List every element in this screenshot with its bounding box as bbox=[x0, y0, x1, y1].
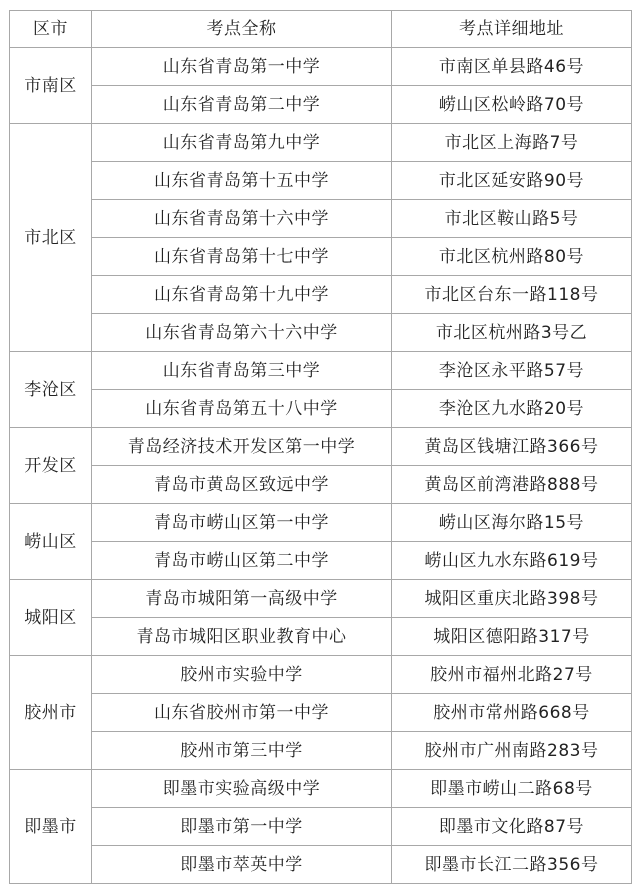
table-row: 开发区 青岛经济技术开发区第一中学 黄岛区钱塘江路366号 bbox=[10, 428, 632, 466]
table-row: 山东省青岛第二中学 崂山区松岭路70号 bbox=[10, 86, 632, 124]
table-row: 山东省青岛第五十八中学 李沧区九水路20号 bbox=[10, 390, 632, 428]
site-name-cell: 青岛市城阳区职业教育中心 bbox=[92, 618, 392, 656]
district-cell: 市南区 bbox=[10, 48, 92, 124]
table-row: 山东省青岛第十七中学 市北区杭州路80号 bbox=[10, 238, 632, 276]
site-name-cell: 山东省青岛第十五中学 bbox=[92, 162, 392, 200]
site-address-cell: 即墨市长江二路356号 bbox=[392, 846, 632, 884]
table-row: 山东省青岛第十五中学 市北区延安路90号 bbox=[10, 162, 632, 200]
table-row: 胶州市第三中学 胶州市广州南路283号 bbox=[10, 732, 632, 770]
site-address-cell: 胶州市广州南路283号 bbox=[392, 732, 632, 770]
site-address-cell: 崂山区松岭路70号 bbox=[392, 86, 632, 124]
site-name-cell: 青岛市崂山区第二中学 bbox=[92, 542, 392, 580]
site-name-cell: 即墨市第一中学 bbox=[92, 808, 392, 846]
table-row: 青岛市崂山区第二中学 崂山区九水东路619号 bbox=[10, 542, 632, 580]
site-name-cell: 青岛市崂山区第一中学 bbox=[92, 504, 392, 542]
site-name-cell: 山东省青岛第二中学 bbox=[92, 86, 392, 124]
table-row: 市南区 山东省青岛第一中学 市南区单县路46号 bbox=[10, 48, 632, 86]
header-row: 区市 考点全称 考点详细地址 bbox=[10, 11, 632, 48]
site-address-cell: 城阳区德阳路317号 bbox=[392, 618, 632, 656]
table-row: 山东省青岛第六十六中学 市北区杭州路3号乙 bbox=[10, 314, 632, 352]
header-site-name: 考点全称 bbox=[92, 11, 392, 48]
header-site-address: 考点详细地址 bbox=[392, 11, 632, 48]
site-name-cell: 山东省青岛第十六中学 bbox=[92, 200, 392, 238]
site-name-cell: 青岛经济技术开发区第一中学 bbox=[92, 428, 392, 466]
district-cell: 李沧区 bbox=[10, 352, 92, 428]
site-name-cell: 青岛市城阳第一高级中学 bbox=[92, 580, 392, 618]
site-address-cell: 李沧区永平路57号 bbox=[392, 352, 632, 390]
site-address-cell: 市北区杭州路3号乙 bbox=[392, 314, 632, 352]
site-name-cell: 山东省青岛第一中学 bbox=[92, 48, 392, 86]
district-cell: 城阳区 bbox=[10, 580, 92, 656]
site-address-cell: 李沧区九水路20号 bbox=[392, 390, 632, 428]
site-name-cell: 山东省青岛第十七中学 bbox=[92, 238, 392, 276]
table-row: 城阳区 青岛市城阳第一高级中学 城阳区重庆北路398号 bbox=[10, 580, 632, 618]
table-row: 即墨市萃英中学 即墨市长江二路356号 bbox=[10, 846, 632, 884]
site-address-cell: 市北区鞍山路5号 bbox=[392, 200, 632, 238]
site-address-cell: 黄岛区前湾港路888号 bbox=[392, 466, 632, 504]
site-address-cell: 市南区单县路46号 bbox=[392, 48, 632, 86]
table-row: 崂山区 青岛市崂山区第一中学 崂山区海尔路15号 bbox=[10, 504, 632, 542]
site-address-cell: 市北区延安路90号 bbox=[392, 162, 632, 200]
site-name-cell: 胶州市第三中学 bbox=[92, 732, 392, 770]
table-row: 胶州市 胶州市实验中学 胶州市福州北路27号 bbox=[10, 656, 632, 694]
site-name-cell: 山东省青岛第五十八中学 bbox=[92, 390, 392, 428]
table-body: 市南区 山东省青岛第一中学 市南区单县路46号 山东省青岛第二中学 崂山区松岭路… bbox=[10, 48, 632, 884]
table-header: 区市 考点全称 考点详细地址 bbox=[10, 11, 632, 48]
district-cell: 市北区 bbox=[10, 124, 92, 352]
site-address-cell: 城阳区重庆北路398号 bbox=[392, 580, 632, 618]
site-address-cell: 崂山区九水东路619号 bbox=[392, 542, 632, 580]
table-row: 即墨市第一中学 即墨市文化路87号 bbox=[10, 808, 632, 846]
site-address-cell: 市北区台东一路118号 bbox=[392, 276, 632, 314]
table-row: 青岛市城阳区职业教育中心 城阳区德阳路317号 bbox=[10, 618, 632, 656]
district-cell: 即墨市 bbox=[10, 770, 92, 884]
table-row: 山东省胶州市第一中学 胶州市常州路668号 bbox=[10, 694, 632, 732]
site-address-cell: 胶州市常州路668号 bbox=[392, 694, 632, 732]
site-name-cell: 即墨市实验高级中学 bbox=[92, 770, 392, 808]
site-name-cell: 山东省青岛第六十六中学 bbox=[92, 314, 392, 352]
site-name-cell: 胶州市实验中学 bbox=[92, 656, 392, 694]
site-address-cell: 胶州市福州北路27号 bbox=[392, 656, 632, 694]
site-name-cell: 山东省青岛第三中学 bbox=[92, 352, 392, 390]
site-name-cell: 山东省青岛第九中学 bbox=[92, 124, 392, 162]
table-row: 山东省青岛第十六中学 市北区鞍山路5号 bbox=[10, 200, 632, 238]
district-cell: 开发区 bbox=[10, 428, 92, 504]
exam-site-table: 区市 考点全称 考点详细地址 市南区 山东省青岛第一中学 市南区单县路46号 山… bbox=[9, 10, 632, 884]
site-address-cell: 即墨市崂山二路68号 bbox=[392, 770, 632, 808]
site-address-cell: 黄岛区钱塘江路366号 bbox=[392, 428, 632, 466]
header-district: 区市 bbox=[10, 11, 92, 48]
table-row: 即墨市 即墨市实验高级中学 即墨市崂山二路68号 bbox=[10, 770, 632, 808]
table-row: 山东省青岛第十九中学 市北区台东一路118号 bbox=[10, 276, 632, 314]
site-address-cell: 即墨市文化路87号 bbox=[392, 808, 632, 846]
table-row: 李沧区 山东省青岛第三中学 李沧区永平路57号 bbox=[10, 352, 632, 390]
table-row: 青岛市黄岛区致远中学 黄岛区前湾港路888号 bbox=[10, 466, 632, 504]
site-name-cell: 山东省青岛第十九中学 bbox=[92, 276, 392, 314]
site-address-cell: 市北区上海路7号 bbox=[392, 124, 632, 162]
site-address-cell: 崂山区海尔路15号 bbox=[392, 504, 632, 542]
site-name-cell: 山东省胶州市第一中学 bbox=[92, 694, 392, 732]
district-cell: 崂山区 bbox=[10, 504, 92, 580]
table-row: 市北区 山东省青岛第九中学 市北区上海路7号 bbox=[10, 124, 632, 162]
site-name-cell: 即墨市萃英中学 bbox=[92, 846, 392, 884]
site-address-cell: 市北区杭州路80号 bbox=[392, 238, 632, 276]
site-name-cell: 青岛市黄岛区致远中学 bbox=[92, 466, 392, 504]
district-cell: 胶州市 bbox=[10, 656, 92, 770]
